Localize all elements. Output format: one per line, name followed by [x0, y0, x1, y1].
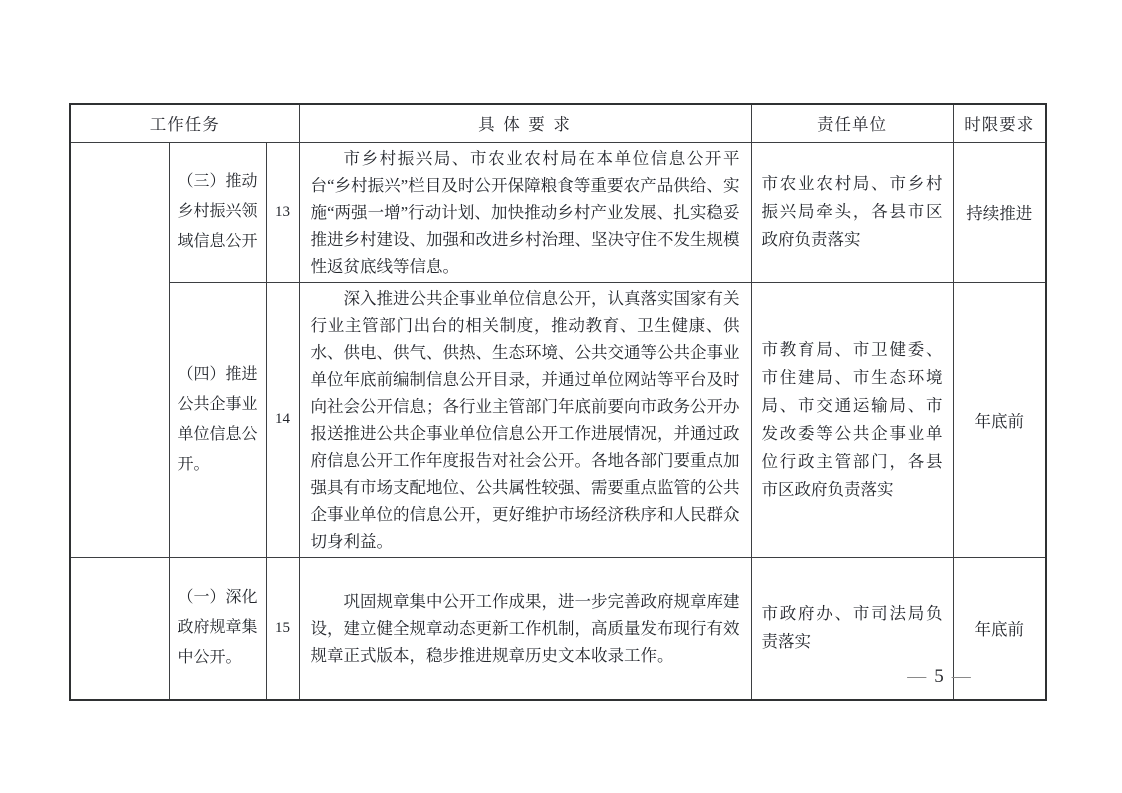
requirement-cell: 深入推进公共企事业单位信息公开，认真落实国家有关行业主管部门出台的相关制度，推动… [299, 282, 751, 557]
tasks-table: 工作任务 具 体 要 求 责任单位 时限要求 （三）推动乡村振兴领域信息公开 1… [69, 103, 1047, 701]
requirement-cell: 市乡村振兴局、市农业农村局在本单位信息公开平台“乡村振兴”栏目及时公开保障粮食等… [299, 142, 751, 282]
page-number-dash-right: — [946, 666, 979, 687]
column-header-deadline: 时限要求 [953, 104, 1046, 142]
column-header-requirements: 具 体 要 求 [299, 104, 751, 142]
table-row-14: （四）推进公共企事业单位信息公开。 14 深入推进公共企事业单位信息公开，认真落… [70, 282, 1046, 557]
column-header-task: 工作任务 [70, 104, 299, 142]
column-header-responsible: 责任单位 [751, 104, 953, 142]
category-spacer-cell [70, 142, 169, 557]
task-cell: （一）深化政府规章集中公开。 [169, 557, 266, 700]
table-row-13: （三）推动乡村振兴领域信息公开 13 市乡村振兴局、市农业农村局在本单位信息公开… [70, 142, 1046, 282]
index-cell: 13 [266, 142, 299, 282]
responsible-cell: 市农业农村局、市乡村振兴局牵头，各县市区政府负责落实 [751, 142, 953, 282]
responsible-cell: 市教育局、市卫健委、市住建局、市生态环境局、市交通运输局、市发改委等公共企事业单… [751, 282, 953, 557]
page-number-dash-left: — [901, 666, 934, 687]
page-number-value: 5 [934, 666, 946, 687]
index-cell: 15 [266, 557, 299, 700]
table-header-row: 工作任务 具 体 要 求 责任单位 时限要求 [70, 104, 1046, 142]
deadline-cell: 持续推进 [953, 142, 1046, 282]
task-cell: （四）推进公共企事业单位信息公开。 [169, 282, 266, 557]
document-page: 工作任务 具 体 要 求 责任单位 时限要求 （三）推动乡村振兴领域信息公开 1… [0, 0, 1122, 793]
page-number: —5— [870, 666, 1010, 688]
category-spacer-cell [70, 557, 169, 700]
task-cell: （三）推动乡村振兴领域信息公开 [169, 142, 266, 282]
index-cell: 14 [266, 282, 299, 557]
deadline-cell: 年底前 [953, 282, 1046, 557]
requirement-cell: 巩固规章集中公开工作成果，进一步完善政府规章库建设，建立健全规章动态更新工作机制… [299, 557, 751, 700]
